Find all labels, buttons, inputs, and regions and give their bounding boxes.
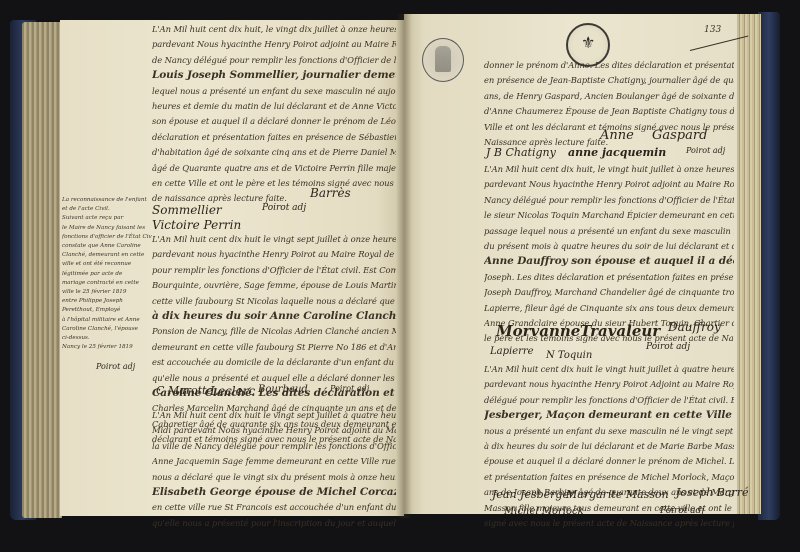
signature: J B Chatigny <box>486 146 556 159</box>
text-line: demeurant en cette ville faubourg St Pie… <box>152 340 396 355</box>
signature: Gaspard <box>652 128 707 143</box>
text-line: en cette Ville et ont le père et les tém… <box>152 176 396 191</box>
signature: Poirot adj <box>660 506 704 516</box>
text-line: Joseph Dauffroy, Marchand Chandelier âgé… <box>484 285 734 300</box>
text-line: Nancy le 25 février 1819 <box>62 343 152 352</box>
text-line: délégué pour remplir les fonctions d'Off… <box>484 393 734 408</box>
text-line: déclaration et présentation faites en pr… <box>152 130 396 145</box>
text-line: lequel nous a présenté un enfant du sexe… <box>152 84 396 99</box>
text-line: Peretthout, Employé <box>62 306 152 315</box>
signature: Poirot adj <box>686 146 725 155</box>
book-gutter <box>396 14 412 518</box>
signature: Poirot adj <box>262 203 306 213</box>
text-line: Ponsion de Nancy, fille de Nicolas Adrie… <box>152 324 396 339</box>
text-line: Suivant acte reçu par <box>62 214 152 223</box>
text-line: qu'elle nous a présenté pour l'inscripti… <box>152 516 396 531</box>
text-line: ci-dessus. <box>62 334 152 343</box>
left-entry-3: L'An Mil huit cent dix huit le vingt sep… <box>152 408 396 531</box>
text-line: L'An Mil huit cent dix huit le vingt sep… <box>152 408 396 423</box>
text-line: Caroline Clanché, l'épouse <box>62 325 152 334</box>
text-line: L'An Mil huit cent dix huit, le vingt hu… <box>484 162 734 177</box>
text-line: le Maire de Nancy faisant les <box>62 224 152 233</box>
text-line: entre Philippe Joseph <box>62 297 152 306</box>
open-register-book: L'An Mil huit cent dix huit, le vingt di… <box>0 0 800 552</box>
signature: Leclerc <box>210 384 255 398</box>
signature: Anne <box>600 128 634 143</box>
signature: Lapierre <box>490 346 534 357</box>
signature: Barrès <box>310 186 351 200</box>
text-line: Bourquinte, ouvrière, Sage femme, épouse… <box>152 278 396 293</box>
text-line: son épouse et auquel il a déclaré donner… <box>152 114 396 129</box>
text-line: à dix heures du soir de lui déclarant et… <box>484 439 734 454</box>
signature: Victoire Perrin <box>152 218 241 232</box>
page-number: 133 <box>704 25 721 35</box>
signature: Joseph Barré <box>676 486 748 499</box>
signature: Margarite Masson <box>566 488 669 501</box>
text-line: légitimée par acte de <box>62 270 152 279</box>
signature: Morvanne <box>496 322 580 340</box>
text-line: en présence de Jean-Baptiste Chatigny, j… <box>484 73 734 88</box>
text-line: à l'hôpital militaire et Anne <box>62 316 152 325</box>
text-line: le sieur Nicolas Toquin Marchand Épicier… <box>484 208 734 223</box>
text-line: L'An Mil huit cent dix huit, le vingt di… <box>152 22 396 37</box>
text-line: Jesberger, Maçon demeurant en cette Vill… <box>484 408 734 423</box>
text-line: à dix heures du soir Anne Caroline Clanc… <box>152 309 396 324</box>
text-line: Nancy délégué pour remplir les fonctions… <box>484 193 734 208</box>
book-cover-right <box>758 12 780 520</box>
text-line: Joseph. Les dites déclaration et présent… <box>484 270 734 285</box>
text-line: pardevant Nous hyacinthe Henry Poirot ad… <box>152 37 396 52</box>
text-line: pardevant Nous hyacinthe Henry Poirot ad… <box>484 177 734 192</box>
page-edges-right <box>737 14 761 514</box>
text-line: L'An Mil huit cent dix huit le vingt sep… <box>152 232 396 247</box>
text-line: Clanché, demeurant en cette <box>62 251 152 260</box>
text-line: Midi pardevant Nous hyacinthe Henry Poir… <box>152 423 396 438</box>
text-line: nous a présenté un enfant du sexe mascul… <box>484 424 734 439</box>
page-edges-left <box>22 22 62 518</box>
text-line: Anne Dauffroy son épouse et auquel il a … <box>484 254 734 269</box>
text-line: d'Anne Chaumerez Épouse de Jean Baptiste… <box>484 104 734 119</box>
text-line: La reconnaissance de l'enfant <box>62 196 152 205</box>
fiscal-stamp-icon <box>422 38 464 82</box>
left-entry-1: L'An Mil huit cent dix huit, le vingt di… <box>152 22 396 207</box>
text-line: du présent mois à quatre heures du soir … <box>484 239 734 254</box>
text-line: mariage contracté en cette <box>62 279 152 288</box>
text-line: épouse et auquel il a déclaré donner le … <box>484 454 734 469</box>
text-line: Anne Jacquemin Sage femme demeurant en c… <box>152 454 396 469</box>
text-line: Louis Joseph Sommellier, journalier deme… <box>152 68 396 83</box>
signature: Travaleur <box>580 322 660 340</box>
text-line: pardevant nous hyacinthe Henry Poirot Ad… <box>484 377 734 392</box>
signature: anne jacquemin <box>568 146 666 159</box>
signature: N Toquin <box>546 350 592 361</box>
text-line: heures et demie du matin de lui déclaran… <box>152 99 396 114</box>
text-line: signé avec nous le présent acte de Naiss… <box>484 516 734 531</box>
signature: Poirot adj <box>330 384 369 393</box>
text-line: fonctions d'officier de l'État Civil <box>62 233 152 242</box>
text-line: constate que Anne Caroline <box>62 242 152 251</box>
signature: Bourbaud <box>258 384 308 395</box>
text-line: de Nancy délégué pour remplir les foncti… <box>152 53 396 68</box>
text-line: ville le 25 février 1819 <box>62 288 152 297</box>
text-line: Lapierre, fileur âgé de Cinquante six an… <box>484 301 734 316</box>
text-line: et de l'acte Civil. <box>62 205 152 214</box>
text-line: passage lequel nous a présenté un enfant… <box>484 224 734 239</box>
signature: Dauffroy <box>668 320 721 334</box>
signature: Jean Jesberger <box>492 488 574 501</box>
signature: Michel Morlock <box>504 506 584 517</box>
text-line: cette ville faubourg St Nicolas laquelle… <box>152 294 396 309</box>
text-line: la ville de Nancy délégué pour remplir l… <box>152 439 396 454</box>
text-line: ville et ont été reconnue <box>62 260 152 269</box>
margin-annotation: La reconnaissance de l'enfant et de l'ac… <box>62 196 152 352</box>
text-line: L'An Mil huit cent dix huit le vingt hui… <box>484 362 734 377</box>
text-line: donner le prénom d'Anne. Les dites décla… <box>484 58 734 73</box>
text-line: pour remplir les fonctions d'Officier de… <box>152 263 396 278</box>
signature: Poirot adj <box>646 342 690 352</box>
text-line: est accouchée au domicile de la déclaran… <box>152 355 396 370</box>
signature: C Marotte <box>156 384 213 397</box>
text-line: d'habitation âgé de soixante cinq ans et… <box>152 145 396 160</box>
text-line: Elisabeth George épouse de Michel Corcaz… <box>152 485 396 500</box>
text-line: âgé de Quarante quatre ans et de Victoir… <box>152 161 396 176</box>
right-entry-2: L'An Mil huit cent dix huit, le vingt hu… <box>484 162 734 347</box>
text-line: en cette ville rue St Francois est accou… <box>152 500 396 515</box>
text-line: et présentation faites en présence de Mi… <box>484 470 734 485</box>
text-line: pardevant nous hyacinthe Henry Poirot au… <box>152 247 396 262</box>
text-line: ans, de Henry Gaspard, Ancien Boulanger … <box>484 89 734 104</box>
margin-signature: Poirot adj <box>96 362 135 371</box>
text-line: nous a déclaré que le vingt six du prése… <box>152 470 396 485</box>
signature: Sommellier <box>152 203 222 217</box>
